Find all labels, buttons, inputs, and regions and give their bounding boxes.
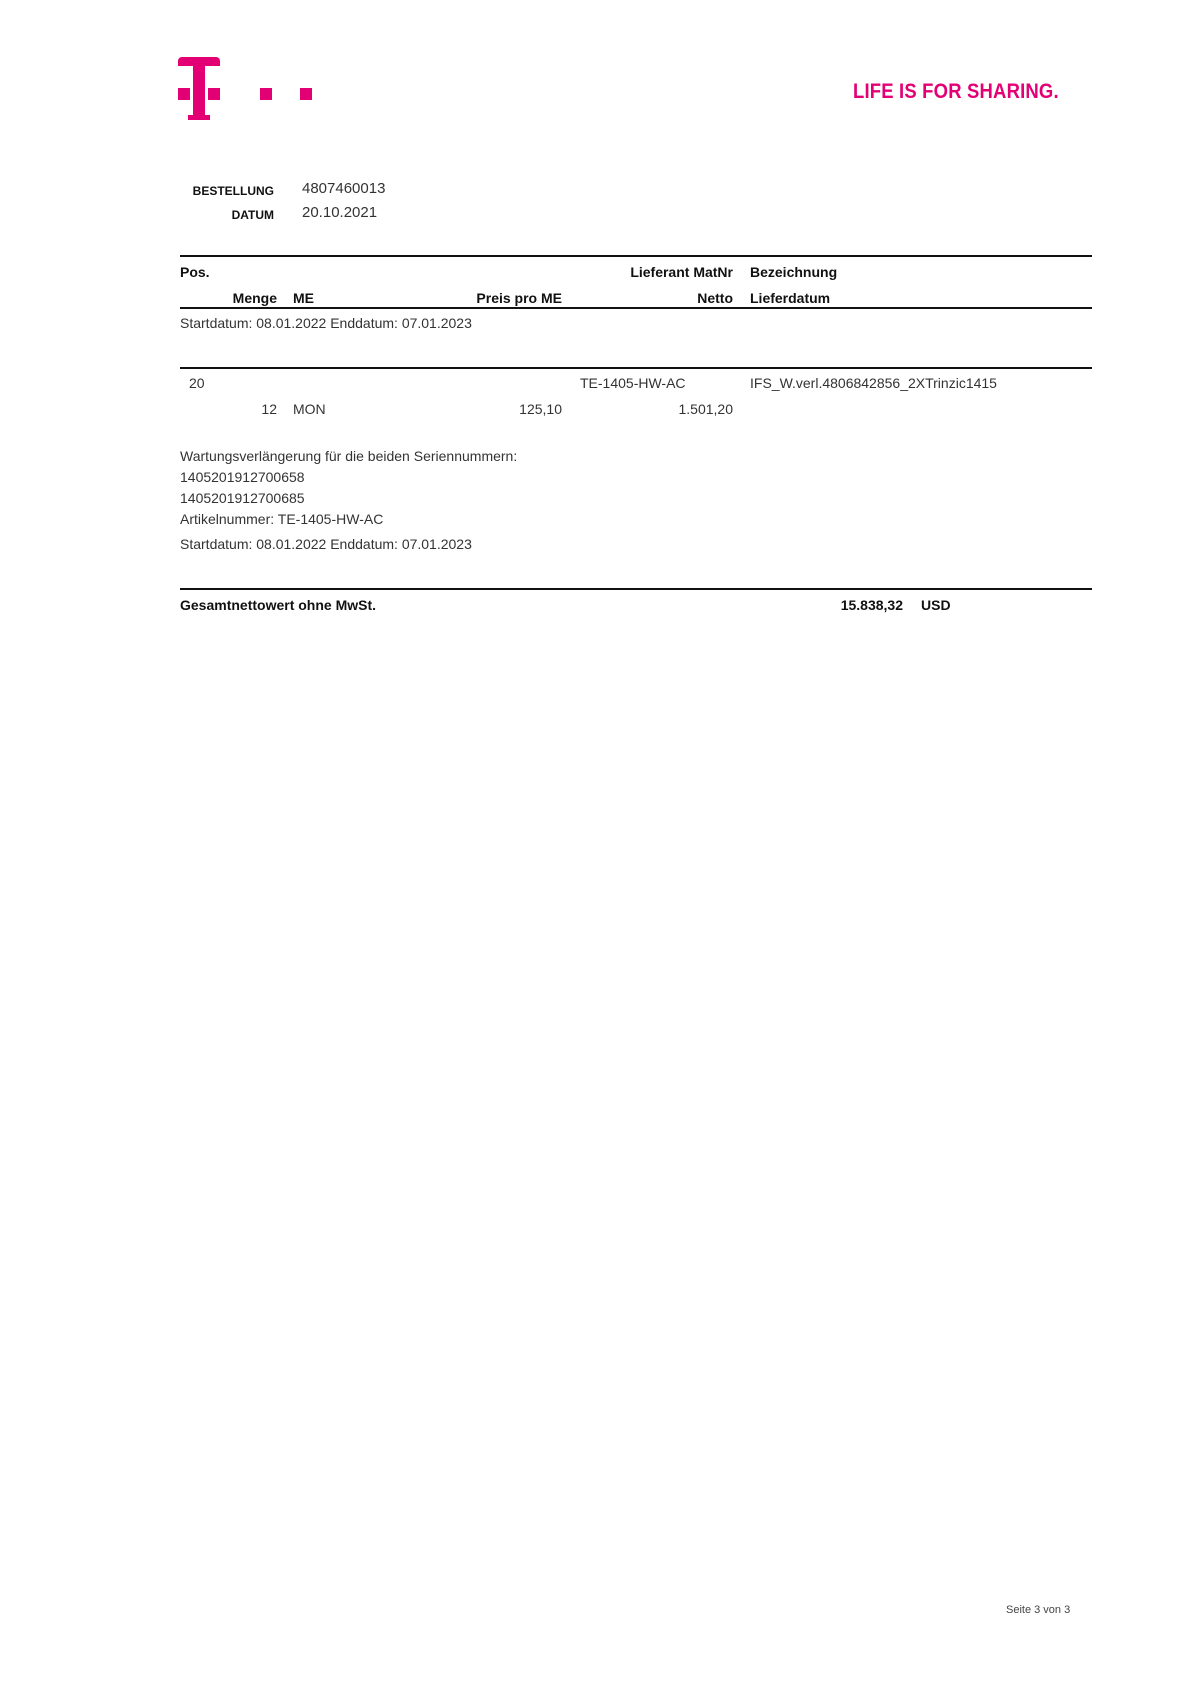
- item-note-line: Artikelnummer: TE-1405-HW-AC: [180, 511, 383, 527]
- date-label: DATUM: [164, 208, 274, 222]
- col-price-per-unit: Preis pro ME: [440, 290, 562, 306]
- col-supplier-matnr: Lieferant MatNr: [600, 264, 733, 280]
- item-note-line: 1405201912700658: [180, 469, 305, 485]
- total-currency: USD: [921, 597, 951, 613]
- item-net: 1.501,20: [620, 401, 733, 417]
- total-label: Gesamtnettowert ohne MwSt.: [180, 597, 376, 613]
- order-number: 4807460013: [302, 180, 385, 197]
- header-bottom-rule: [180, 307, 1092, 309]
- telekom-logo: [178, 57, 318, 123]
- item-note-line: 1405201912700685: [180, 490, 305, 506]
- col-quantity: Menge: [200, 290, 277, 306]
- item-supplier-matnr: TE-1405-HW-AC: [580, 375, 686, 391]
- col-pos: Pos.: [180, 264, 210, 280]
- logo-dot: [208, 88, 220, 100]
- item-pos: 20: [189, 375, 205, 391]
- item-price-per-unit: 125,10: [460, 401, 562, 417]
- total-value: 15.838,32: [800, 597, 903, 613]
- item-unit: MON: [293, 401, 326, 417]
- total-rule: [180, 588, 1092, 590]
- header-top-rule: [180, 255, 1092, 257]
- item-description: IFS_W.verl.4806842856_2XTrinzic1415: [750, 375, 997, 391]
- col-description: Bezeichnung: [750, 264, 837, 280]
- col-unit: ME: [293, 290, 314, 306]
- item-quantity: 12: [220, 401, 277, 417]
- logo-dot: [178, 88, 190, 100]
- order-label: BESTELLUNG: [164, 184, 274, 198]
- logo-dot: [260, 88, 272, 100]
- logo-t-foot: [188, 115, 210, 120]
- carry-note: Startdatum: 08.01.2022 Enddatum: 07.01.2…: [180, 315, 472, 331]
- order-date: 20.10.2021: [302, 204, 377, 221]
- page-number: Seite 3 von 3: [1006, 1604, 1070, 1616]
- item-date-note: Startdatum: 08.01.2022 Enddatum: 07.01.2…: [180, 536, 472, 552]
- logo-dot: [300, 88, 312, 100]
- col-net: Netto: [650, 290, 733, 306]
- slogan: LIFE IS FOR SHARING.: [853, 80, 1059, 104]
- item-rule: [180, 367, 1092, 369]
- col-delivery-date: Lieferdatum: [750, 290, 830, 306]
- logo-t-stem: [193, 57, 205, 119]
- item-note-line: Wartungsverlängerung für die beiden Seri…: [180, 448, 517, 464]
